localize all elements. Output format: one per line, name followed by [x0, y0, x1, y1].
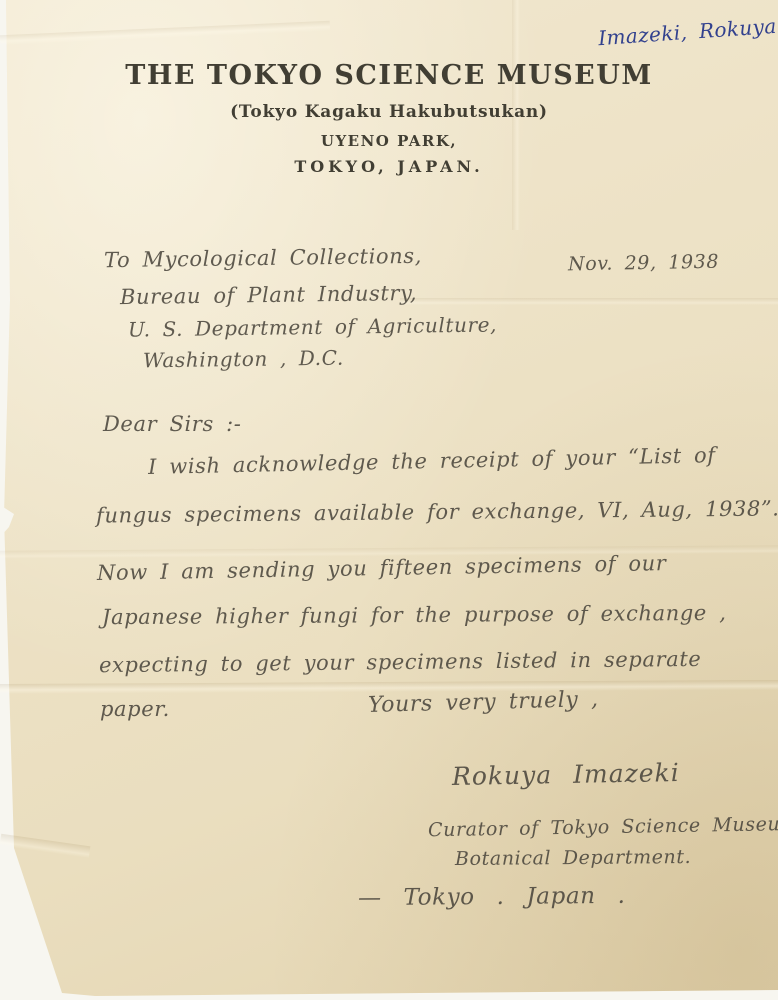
recipient-line: To Mycological Collections, — [104, 244, 422, 272]
letterhead-address-line2: TOKYO, JAPAN. — [0, 157, 778, 176]
letter-date: Nov. 29, 1938 — [568, 251, 719, 276]
letterhead-address-line1: UYENO PARK, — [0, 132, 778, 150]
salutation: Dear Sirs :- — [103, 412, 241, 436]
signature-location: — Tokyo . Japan . — [358, 883, 626, 911]
letterhead-subtitle: (Tokyo Kagaku Hakubutsukan) — [0, 102, 778, 122]
recipient-line: Washington , D.C. — [143, 346, 344, 373]
recipient-line: U. S. Department of Agriculture, — [128, 312, 497, 341]
letterhead-title: THE TOKYO SCIENCE MUSEUM — [0, 60, 778, 91]
body-line: paper. — [100, 697, 170, 721]
body-line: Japanese higher fungi for the purpose of… — [102, 601, 727, 629]
signature-name: Rokuya Imazeki — [452, 758, 680, 791]
recipient-line: Bureau of Plant Industry, — [120, 281, 417, 309]
scanned-letter-page: Imazeki, Rokuya THE TOKYO SCIENCE MUSEUM… — [0, 0, 778, 1000]
signature-title-line2: Botanical Department. — [455, 846, 691, 870]
